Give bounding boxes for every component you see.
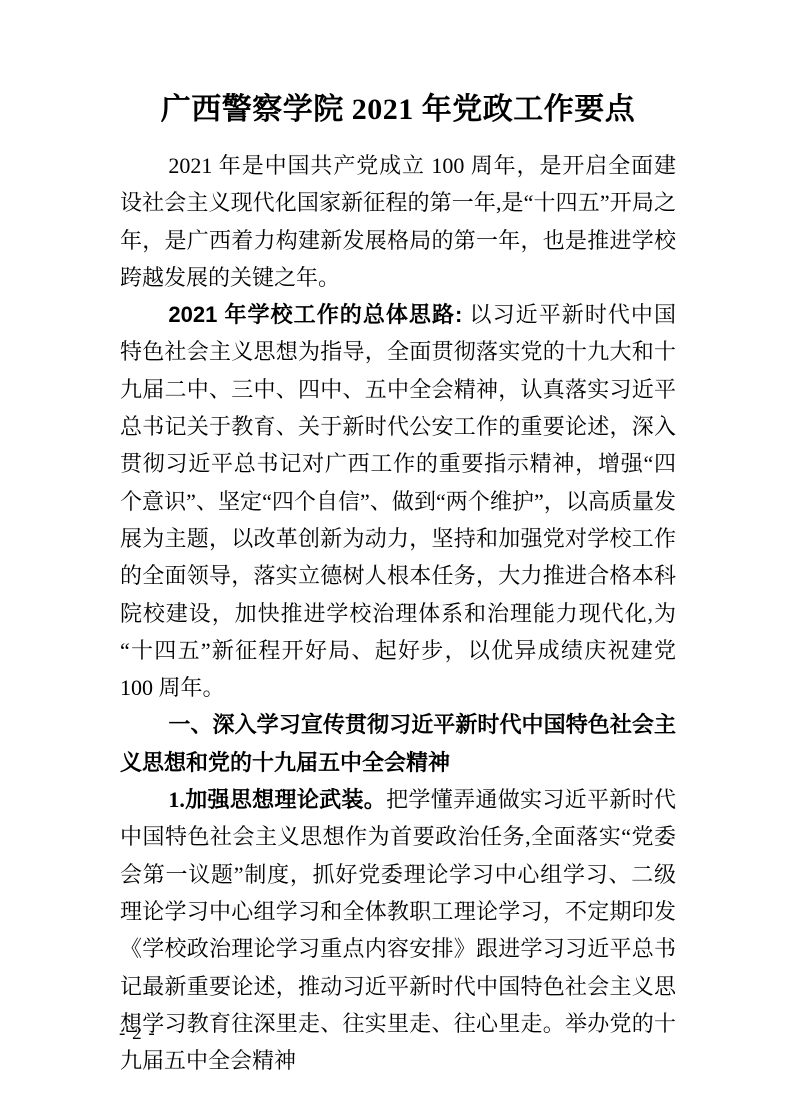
document-body: 2021 年是中国共产党成立 100 周年，是开启全面建设社会主义现代化国家新征… [120, 147, 676, 1079]
text-run: 2021 年是中国共产党成立 100 周年，是开启全面建设社会主义现代化国家新征… [120, 153, 676, 290]
section-heading: 一、深入学习宣传贯彻习近平新时代中国特色社会主义思想和党的十九届五中全会精神 [120, 706, 676, 781]
page-number: - 2 - [119, 1022, 156, 1046]
paragraph: 2021 年学校工作的总体思路: 以习近平新时代中国特色社会主义思想为指导，全面… [120, 296, 676, 706]
paragraph: 1.加强思想理论武装。把学懂弄通做实习近平新时代中国特色社会主义思想作为首要政治… [120, 781, 676, 1079]
paragraph: 2021 年是中国共产党成立 100 周年，是开启全面建设社会主义现代化国家新征… [120, 147, 676, 296]
text-run: 以习近平新时代中国特色社会主义思想为指导，全面贯彻落实党的十九大和十九届二中、三… [120, 302, 676, 700]
text-run: 一、深入学习宣传贯彻习近平新时代中国特色社会主义思想和党的十九届五中全会精神 [120, 712, 676, 774]
document-page: 广西警察学院 2021 年党政工作要点 2021 年是中国共产党成立 100 周… [0, 0, 794, 1108]
document-title: 广西警察学院 2021 年党政工作要点 [110, 90, 686, 130]
text-run: 2021 年学校工作的总体思路: [168, 302, 469, 327]
text-run: 1.加强思想理论武装。 [168, 787, 386, 812]
text-run: 把学懂弄通做实习近平新时代中国特色社会主义思想作为首要政治任务,全面落实“党委会… [120, 787, 676, 1073]
